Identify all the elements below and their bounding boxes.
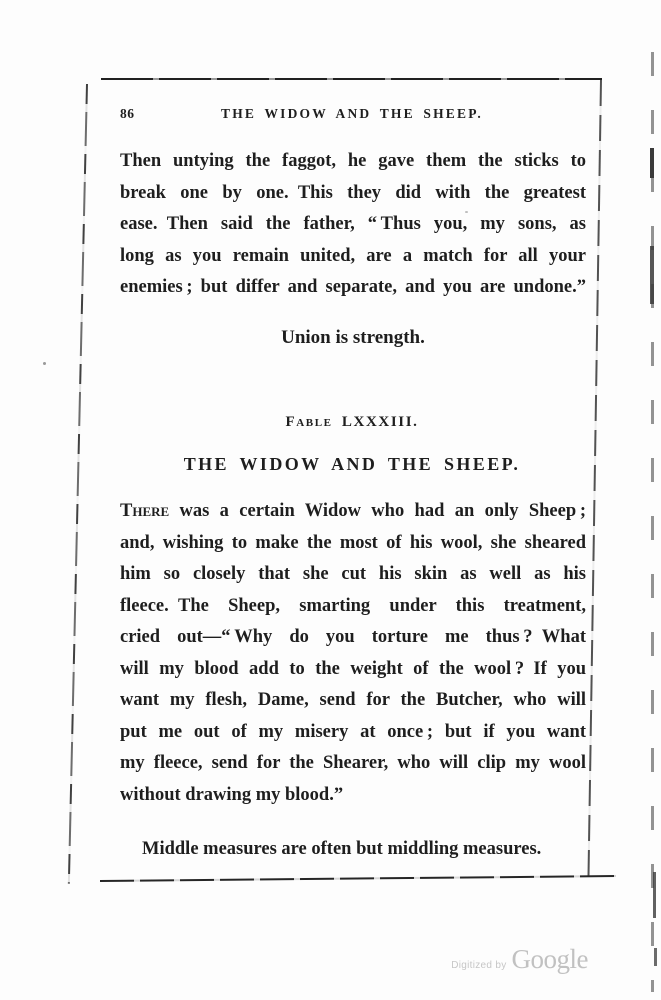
scan-edge-mark [650, 148, 654, 178]
body-line: fleece. The Sheep, smarting under this t… [120, 591, 586, 623]
body-line: ease. Then said the father, “ Thus you, … [120, 209, 586, 241]
body-line: and, wishing to make the most of his woo… [120, 528, 586, 560]
scan-edge-mark [653, 872, 656, 918]
body-line: without drawing my blood.” [120, 780, 586, 812]
moral-middle-measures: Middle measures are often but middling m… [120, 834, 586, 865]
digitized-by-google-watermark: Digitized by Google [420, 944, 588, 984]
running-title: THE WIDOW AND THE SHEEP. [103, 106, 601, 122]
page-header: 86 THE WIDOW AND THE SHEEP. [103, 104, 601, 126]
paragraph-faggot-end: Then untying the faggot, he gave them th… [120, 146, 586, 304]
body-line: break one by one. This they did with the… [120, 178, 586, 210]
page-border-left [68, 84, 88, 884]
scan-edge-mark [654, 948, 657, 966]
scanned-page: 86 THE WIDOW AND THE SHEEP. Then untying… [0, 0, 661, 1000]
body-line: enemies ; but differ and separate, and y… [120, 272, 586, 304]
body-line-rest: was a certain Widow who had an only Shee… [169, 501, 586, 521]
body-line: put me out of my misery at once ; but if… [120, 717, 586, 749]
body-line: will my blood add to the weight of the w… [120, 654, 586, 686]
body-line: want my flesh, Dame, send for the Butche… [120, 685, 586, 717]
body-line: Then untying the faggot, he gave them th… [120, 146, 586, 178]
body-line: long as you remain united, are a match f… [120, 241, 586, 273]
body-line: my fleece, send for the Shearer, who wil… [120, 748, 586, 780]
fable-title: THE WIDOW AND THE SHEEP. [103, 454, 601, 475]
scan-edge-mark [650, 246, 654, 304]
page-border-top [101, 78, 602, 80]
fable-number-heading: Fable LXXXIII. [103, 414, 601, 431]
body-line: There was a certain Widow who had an onl… [120, 496, 586, 528]
body-line: cried out—“ Why do you torture me thus ?… [120, 622, 586, 654]
body-line: him so closely that she cut his skin as … [120, 559, 586, 591]
paragraph-widow-and-sheep: There was a certain Widow who had an onl… [120, 496, 586, 811]
digitized-by-text: Digitized by [451, 960, 506, 971]
moral-union-is-strength: Union is strength. [120, 325, 586, 351]
google-logo: Google [512, 944, 588, 975]
small-caps-first-word: There [120, 501, 169, 521]
page-border-right [587, 80, 602, 876]
scan-speck [43, 362, 46, 365]
page-border-bottom [100, 875, 616, 882]
scan-edge-right [651, 52, 654, 992]
